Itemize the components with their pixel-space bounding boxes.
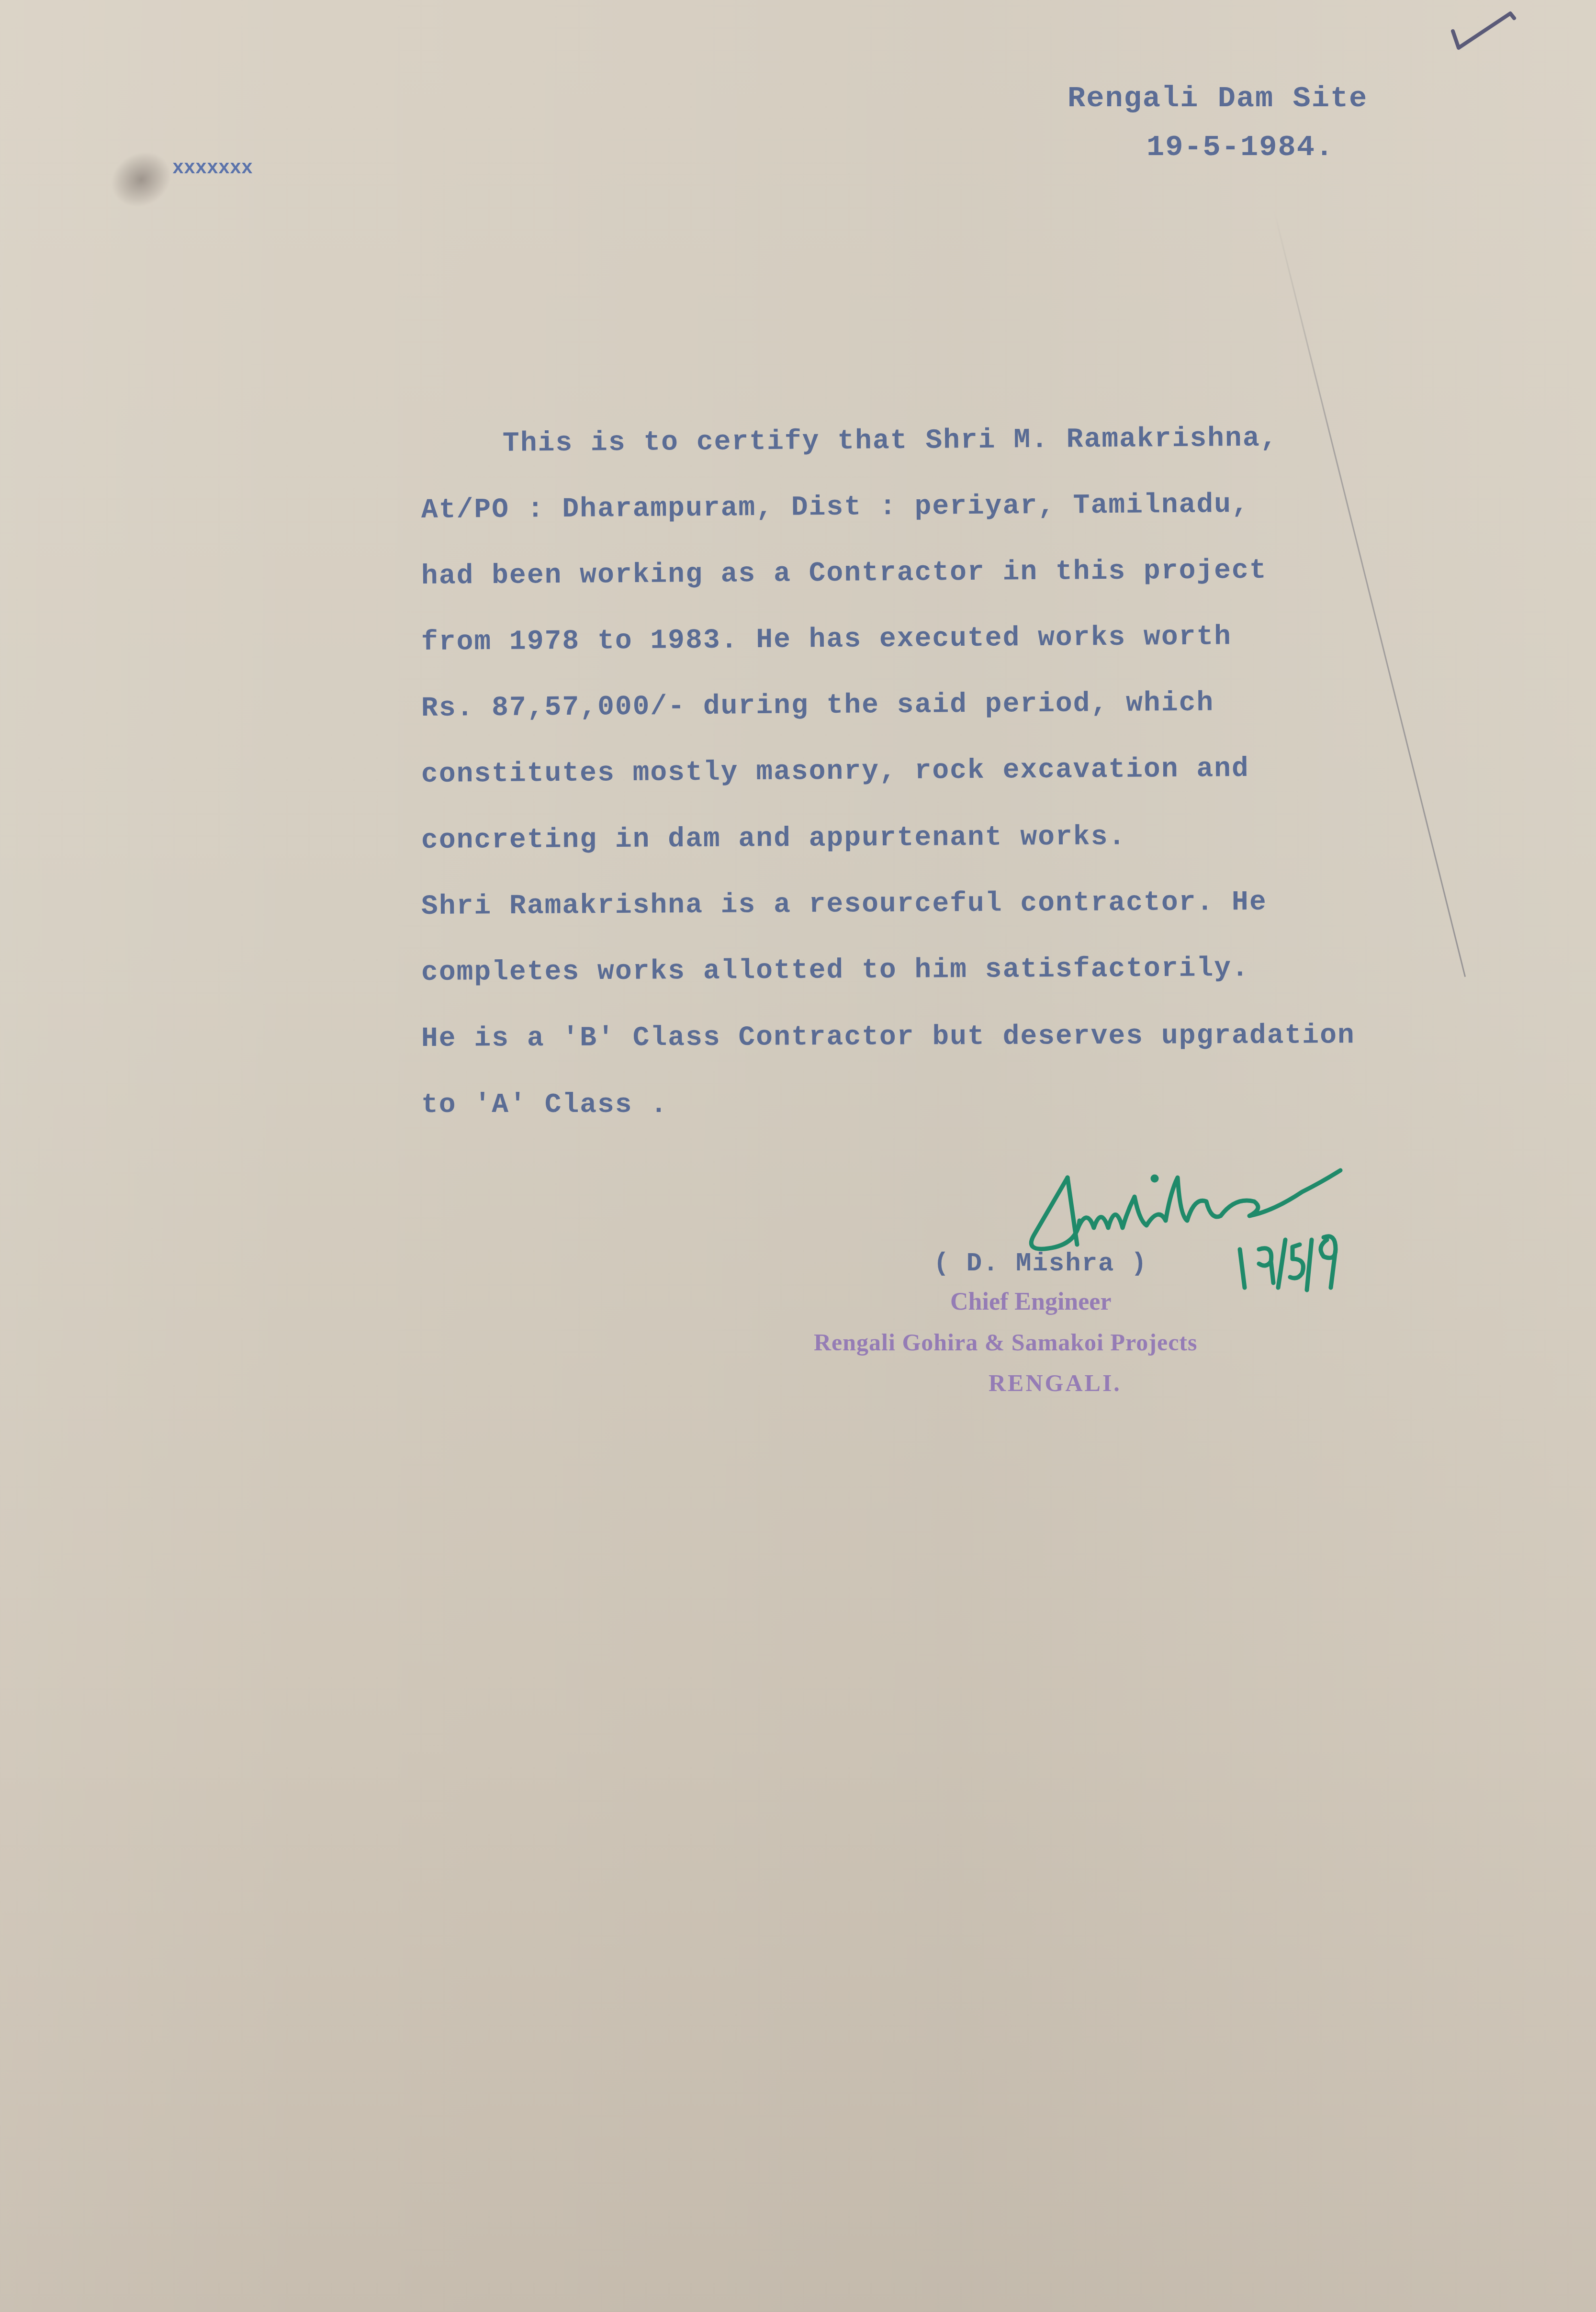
body-line: Rs. 87,57,000/- during the said period, … — [421, 668, 1523, 742]
body-line: Shri Ramakrishna is a resourceful contra… — [421, 868, 1523, 940]
body-line: constitutes mostly masonry, rock excavat… — [421, 734, 1523, 808]
signatory-typed-name: ( D. Mishra ) — [933, 1249, 1147, 1279]
reference-mark: xxxxxxx — [172, 158, 253, 180]
body-line: This is to certify that Shri M. Ramakris… — [421, 404, 1523, 478]
stamp-designation: Chief Engineer — [950, 1288, 1112, 1316]
ink-smudge — [101, 141, 181, 218]
handwritten-signature — [1005, 1125, 1436, 1307]
signature-icon — [1005, 1125, 1436, 1307]
check-mark-icon — [1448, 5, 1525, 57]
body-line: At/PO : Dharampuram, Dist : periyar, Tam… — [421, 470, 1523, 544]
body-line: concreting in dam and appurtenant works. — [421, 802, 1523, 874]
body-line: had been working as a Contractor in this… — [421, 536, 1523, 610]
certificate-body: This is to certify that Shri M. Ramakris… — [421, 412, 1522, 1138]
header-place: Rengali Dam Site — [1068, 81, 1368, 115]
stamp-organization: Rengali Gohira & Samakoi Projects — [814, 1328, 1197, 1356]
stamp-place: RENGALI. — [989, 1369, 1122, 1397]
body-line: from 1978 to 1983. He has executed works… — [421, 602, 1523, 676]
header-date: 19-5-1984. — [1146, 130, 1334, 164]
body-line: He is a 'B' Class Contractor but deserve… — [421, 1002, 1522, 1072]
body-line: completes works allotted to him satisfac… — [421, 934, 1523, 1006]
